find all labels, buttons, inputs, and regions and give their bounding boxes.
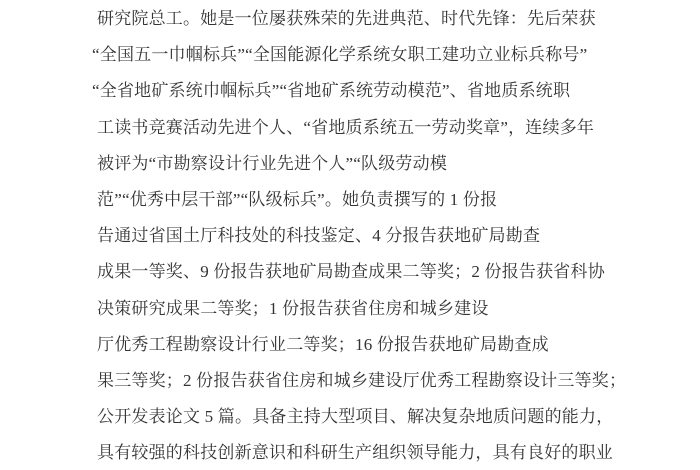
text-line: 范”“优秀中层干部”“队级标兵”。她负责撰写的 1 份报 bbox=[97, 182, 657, 218]
text-line: 研究院总工。她是一位屡获殊荣的先进典范、时代先锋：先后荣获 bbox=[97, 1, 657, 37]
text-line: 告通过省国土厅科技处的科技鉴定、4 分报告获地矿局勘查 bbox=[97, 218, 657, 254]
document-text-block: 研究院总工。她是一位屡获殊荣的先进典范、时代先锋：先后荣获 “全国五一巾帼标兵”… bbox=[97, 1, 657, 470]
text-line: “全国五一巾帼标兵”“全国能源化学系统女职工建功立业标兵称号” bbox=[92, 37, 657, 73]
text-line: 公开发表论文 5 篇。具备主持大型项目、解决复杂地质问题的能力， bbox=[97, 399, 657, 435]
text-line: 具有较强的科技创新意识和科研生产组织领导能力，具有良好的职业 bbox=[97, 435, 657, 470]
text-line: 工读书竞赛活动先进个人、“省地质系统五一劳动奖章”，连续多年 bbox=[97, 110, 657, 146]
document-page: 研究院总工。她是一位屡获殊荣的先进典范、时代先锋：先后荣获 “全国五一巾帼标兵”… bbox=[0, 0, 700, 470]
text-line: “全省地矿系统巾帼标兵”“省地矿系统劳动模范”、省地质系统职 bbox=[92, 73, 657, 109]
text-line: 果三等奖；2 份报告获省住房和城乡建设厅优秀工程勘察设计三等奖； bbox=[97, 363, 657, 399]
text-line: 成果一等奖、9 份报告获地矿局勘查成果二等奖；2 份报告获省科协 bbox=[97, 254, 657, 290]
text-line: 被评为“市勘察设计行业先进个人”“队级劳动模 bbox=[97, 146, 657, 182]
text-line: 厅优秀工程勘察设计行业二等奖；16 份报告获地矿局勘查成 bbox=[97, 327, 657, 363]
text-line: 决策研究成果二等奖；1 份报告获省住房和城乡建设 bbox=[97, 291, 657, 327]
